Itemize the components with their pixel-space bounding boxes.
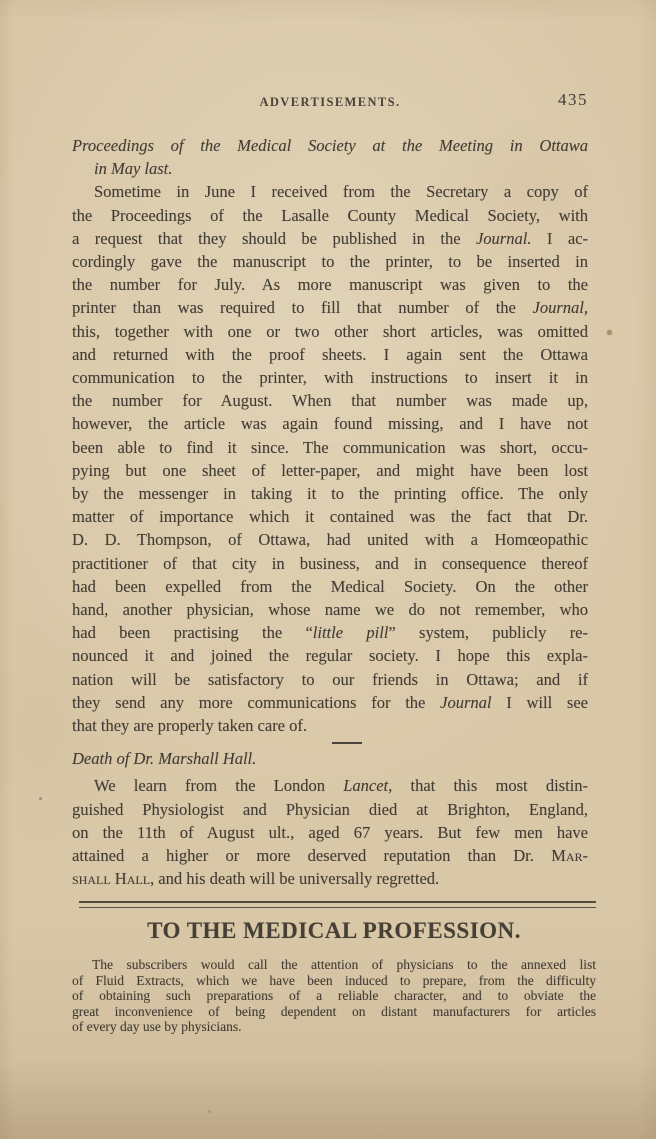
text-line: this, together with one or two other sho…: [72, 320, 588, 343]
text-line: hand, another physician, whose name we d…: [72, 598, 588, 621]
text-line: of Fluid Extracts, which we have been in…: [72, 973, 596, 989]
paper-speck: [208, 1110, 211, 1113]
text-line: guished Physiologist and Physician died …: [72, 798, 588, 821]
text-line: that they are properly taken care of.: [72, 714, 588, 737]
text-line: practitioner of that city in business, a…: [72, 552, 588, 575]
text-line: on the 11th of August ult., aged 67 year…: [72, 821, 588, 844]
ad-section: TO THE MEDICAL PROFESSION. The subscribe…: [72, 901, 596, 1035]
paper-speck: [39, 797, 42, 800]
text-line: been able to find it since. The communic…: [72, 436, 588, 459]
double-rule: [79, 901, 596, 908]
article-hall-heading: Death of Dr. Marshall Hall.: [72, 747, 588, 770]
text-line: had been practising the “little pill” sy…: [72, 621, 588, 644]
page-number: 435: [558, 90, 588, 110]
text-line: communication to the printer, with instr…: [72, 366, 588, 389]
text-line: the number for July. As more manuscript …: [72, 273, 588, 296]
text-line: printer than was required to fill that n…: [72, 296, 588, 319]
text-line: We learn from the London Lancet, that th…: [72, 774, 588, 797]
text-line: the Proceedings of the Lasalle County Me…: [72, 204, 588, 227]
article-ottawa-heading: Proceedings of the Medical Society at th…: [72, 134, 588, 180]
text-line: great inconvenience of being dependent o…: [72, 1004, 596, 1020]
ad-body: The subscribers would call the attention…: [72, 957, 596, 1035]
running-head-title: ADVERTISEMENTS.: [72, 95, 588, 110]
text-line: however, the article was again found mis…: [72, 412, 588, 435]
text-line: Sometime in June I received from the Sec…: [72, 180, 588, 203]
text-line: shall Hall, and his death will be univer…: [72, 867, 588, 890]
scanned-book-page: ADVERTISEMENTS. 435 Proceedings of the M…: [0, 0, 656, 1139]
text-line: by the messenger in taking it to the pri…: [72, 482, 588, 505]
paper-speck: [607, 330, 612, 335]
text-line: attained a higher or more deserved reput…: [72, 844, 588, 867]
page-body: Proceedings of the Medical Society at th…: [72, 134, 588, 891]
text-line: they send any more communications for th…: [72, 691, 588, 714]
text-line: in May last.: [72, 157, 588, 180]
text-line: and returned with the proof sheets. I ag…: [72, 343, 588, 366]
text-line: The subscribers would call the attention…: [72, 957, 596, 973]
text-line: matter of importance which it contained …: [72, 505, 588, 528]
text-line: of every day use by physicians.: [72, 1019, 596, 1035]
text-line: the number for August. When that number …: [72, 389, 588, 412]
article-ottawa-body: Sometime in June I received from the Sec…: [72, 180, 588, 737]
section-divider-rule: [332, 742, 362, 744]
ad-heading: TO THE MEDICAL PROFESSION.: [72, 916, 596, 946]
text-line: nounced it and joined the regular societ…: [72, 644, 588, 667]
text-line: of obtaining such preparations of a reli…: [72, 988, 596, 1004]
text-line: had been expelled from the Medical Socie…: [72, 575, 588, 598]
text-line: cordingly gave the manuscript to the pri…: [72, 250, 588, 273]
article-hall-body: We learn from the London Lancet, that th…: [72, 774, 588, 890]
text-line: D. D. Thompson, of Ottawa, had united wi…: [72, 528, 588, 551]
running-head: ADVERTISEMENTS. 435: [72, 93, 588, 113]
text-line: pying but one sheet of letter-paper, and…: [72, 459, 588, 482]
text-line: nation will be satisfactory to our frien…: [72, 668, 588, 691]
text-line: Proceedings of the Medical Society at th…: [72, 134, 588, 157]
text-line: a request that they should be published …: [72, 227, 588, 250]
